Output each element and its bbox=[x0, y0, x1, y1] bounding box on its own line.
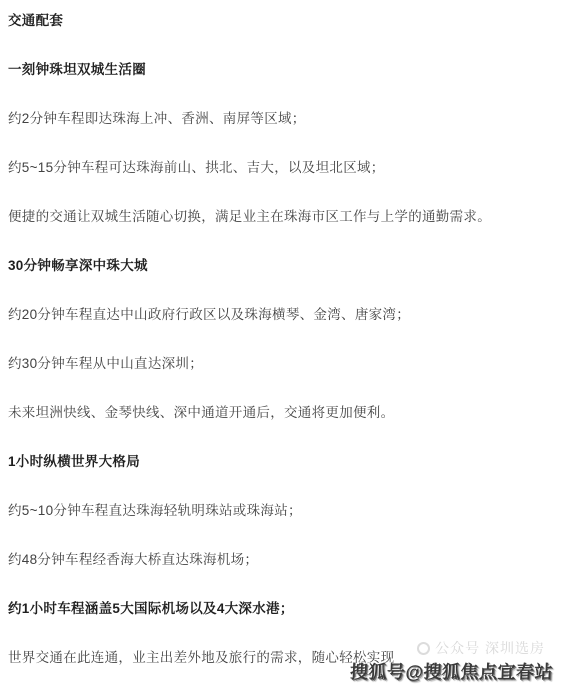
faint-watermark: 公众号 深圳选房 bbox=[417, 638, 545, 658]
section-heading: 约1小时车程涵盖5大国际机场以及4大深水港； bbox=[8, 601, 549, 617]
section-heading: 30分钟畅享深中珠大城 bbox=[8, 258, 549, 274]
faint-watermark-text: 公众号 深圳选房 bbox=[435, 638, 545, 658]
article-title: 交通配套 bbox=[8, 13, 549, 29]
sohu-watermark: 搜狐号@搜狐焦点宜春站 bbox=[349, 658, 553, 684]
paragraph: 约30分钟车程从中山直达深圳； bbox=[8, 356, 549, 372]
article-body: 交通配套 一刻钟珠坦双城生活圈 约2分钟车程即达珠海上冲、香洲、南屏等区域； 约… bbox=[0, 0, 561, 666]
paragraph: 约2分钟车程即达珠海上冲、香洲、南屏等区域； bbox=[8, 111, 549, 127]
paragraph: 便捷的交通让双城生活随心切换，满足业主在珠海市区工作与上学的通勤需求。 bbox=[8, 209, 549, 225]
paragraph: 约20分钟车程直达中山政府行政区以及珠海横琴、金湾、唐家湾； bbox=[8, 307, 549, 323]
paragraph: 约5~10分钟车程直达珠海轻轨明珠站或珠海站； bbox=[8, 503, 549, 519]
paragraph: 未来坦洲快线、金琴快线、深中通道开通后，交通将更加便利。 bbox=[8, 405, 549, 421]
section-heading: 1小时纵横世界大格局 bbox=[8, 454, 549, 470]
circle-logo-icon bbox=[417, 642, 430, 655]
paragraph: 约48分钟车程经香海大桥直达珠海机场； bbox=[8, 552, 549, 568]
paragraph: 约5~15分钟车程可达珠海前山、拱北、吉大，以及坦北区域； bbox=[8, 160, 549, 176]
section-heading: 一刻钟珠坦双城生活圈 bbox=[8, 62, 549, 78]
